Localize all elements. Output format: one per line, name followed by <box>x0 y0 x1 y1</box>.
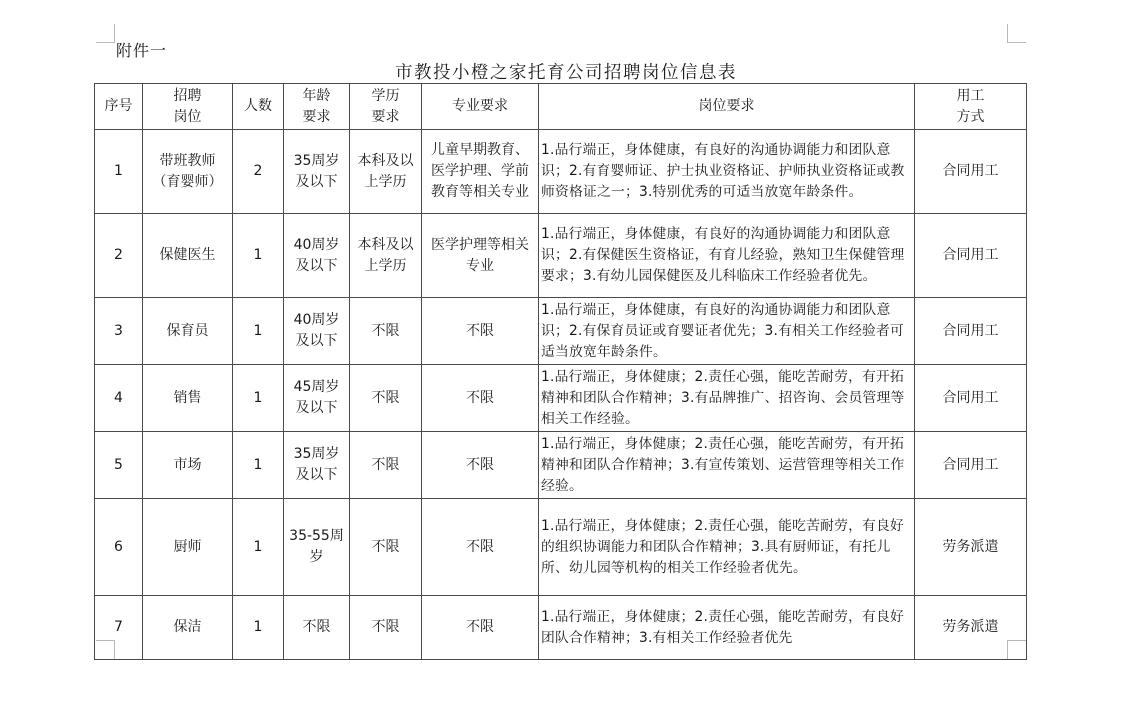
cell-position: 厨师 <box>143 499 233 596</box>
header-age: 年龄要求 <box>284 84 350 130</box>
cell-major: 不限 <box>422 365 539 432</box>
cell-position: 市场 <box>143 432 233 499</box>
cell-major: 不限 <box>422 596 539 660</box>
cell-position: 保健医生 <box>143 214 233 298</box>
margin-corner-top-right <box>1007 24 1026 43</box>
cell-age: 35周岁及以下 <box>284 130 350 214</box>
table-row: 2 保健医生 1 40周岁及以下 本科及以上学历 医学护理等相关专业 1.品行端… <box>95 214 1027 298</box>
cell-education: 不限 <box>350 432 422 499</box>
cell-employment: 合同用工 <box>915 432 1027 499</box>
header-education: 学历要求 <box>350 84 422 130</box>
cell-education: 本科及以上学历 <box>350 130 422 214</box>
cell-age: 40周岁及以下 <box>284 298 350 365</box>
cell-education: 不限 <box>350 365 422 432</box>
header-requirements: 岗位要求 <box>539 84 915 130</box>
cell-employment: 合同用工 <box>915 214 1027 298</box>
cell-requirements: 1.品行端正，身体健康；2.责任心强，能吃苦耐劳，有良好的组织协调能力和团队合作… <box>539 499 915 596</box>
cell-requirements: 1.品行端正，身体健康，有良好的沟通协调能力和团队意识；2.有育婴师证、护士执业… <box>539 130 915 214</box>
cell-employment: 合同用工 <box>915 365 1027 432</box>
cell-employment: 劳务派遣 <box>915 596 1027 660</box>
header-position: 招聘岗位 <box>143 84 233 130</box>
table-row: 1 带班教师（育婴师） 2 35周岁及以下 本科及以上学历 儿童早期教育、医学护… <box>95 130 1027 214</box>
cell-position: 销售 <box>143 365 233 432</box>
cell-no: 6 <box>95 499 143 596</box>
cell-count: 1 <box>233 365 284 432</box>
cell-major: 医学护理等相关专业 <box>422 214 539 298</box>
cell-age: 35周岁及以下 <box>284 432 350 499</box>
cell-requirements: 1.品行端正，身体健康；2.责任心强，能吃苦耐劳，有开拓精神和团队合作精神；3.… <box>539 365 915 432</box>
cell-major: 儿童早期教育、医学护理、学前教育等相关专业 <box>422 130 539 214</box>
cell-no: 5 <box>95 432 143 499</box>
cell-age: 40周岁及以下 <box>284 214 350 298</box>
cell-count: 2 <box>233 130 284 214</box>
recruitment-table: 序号 招聘岗位 人数 年龄要求 学历要求 专业要求 岗位要求 用工方式 1 带班… <box>94 83 1027 660</box>
cell-requirements: 1.品行端正，身体健康；2.责任心强，能吃苦耐劳，有开拓精神和团队合作精神；3.… <box>539 432 915 499</box>
cell-no: 1 <box>95 130 143 214</box>
table-row: 7 保洁 1 不限 不限 不限 1.品行端正，身体健康；2.责任心强，能吃苦耐劳… <box>95 596 1027 660</box>
cell-position: 保育员 <box>143 298 233 365</box>
margin-corner-top-left <box>96 24 115 43</box>
cell-position: 保洁 <box>143 596 233 660</box>
cell-age: 35-55周岁 <box>284 499 350 596</box>
cell-count: 1 <box>233 596 284 660</box>
cell-requirements: 1.品行端正，身体健康，有良好的沟通协调能力和团队意识；2.有保健医生资格证，有… <box>539 214 915 298</box>
table-row: 4 销售 1 45周岁及以下 不限 不限 1.品行端正，身体健康；2.责任心强，… <box>95 365 1027 432</box>
cell-count: 1 <box>233 432 284 499</box>
cell-employment: 合同用工 <box>915 298 1027 365</box>
cell-employment: 劳务派遣 <box>915 499 1027 596</box>
cell-no: 3 <box>95 298 143 365</box>
cell-age: 不限 <box>284 596 350 660</box>
cell-no: 4 <box>95 365 143 432</box>
header-employment: 用工方式 <box>915 84 1027 130</box>
table-row: 3 保育员 1 40周岁及以下 不限 不限 1.品行端正，身体健康，有良好的沟通… <box>95 298 1027 365</box>
cell-major: 不限 <box>422 499 539 596</box>
cell-education: 本科及以上学历 <box>350 214 422 298</box>
table-row: 6 厨师 1 35-55周岁 不限 不限 1.品行端正，身体健康；2.责任心强，… <box>95 499 1027 596</box>
cell-requirements: 1.品行端正，身体健康，有良好的沟通协调能力和团队意识；2.有保育员证或育婴证者… <box>539 298 915 365</box>
cell-major: 不限 <box>422 432 539 499</box>
cell-count: 1 <box>233 499 284 596</box>
table-row: 5 市场 1 35周岁及以下 不限 不限 1.品行端正，身体健康；2.责任心强，… <box>95 432 1027 499</box>
header-major: 专业要求 <box>422 84 539 130</box>
cell-position: 带班教师（育婴师） <box>143 130 233 214</box>
attachment-label: 附件一 <box>116 38 167 61</box>
cell-education: 不限 <box>350 499 422 596</box>
cell-count: 1 <box>233 214 284 298</box>
cell-education: 不限 <box>350 298 422 365</box>
document-title: 市教投小橙之家托育公司招聘岗位信息表 <box>0 59 1132 84</box>
cell-employment: 合同用工 <box>915 130 1027 214</box>
cell-major: 不限 <box>422 298 539 365</box>
cell-count: 1 <box>233 298 284 365</box>
cell-no: 2 <box>95 214 143 298</box>
cell-age: 45周岁及以下 <box>284 365 350 432</box>
header-count: 人数 <box>233 84 284 130</box>
cell-requirements: 1.品行端正，身体健康；2.责任心强，能吃苦耐劳，有良好团队合作精神；3.有相关… <box>539 596 915 660</box>
table-header-row: 序号 招聘岗位 人数 年龄要求 学历要求 专业要求 岗位要求 用工方式 <box>95 84 1027 130</box>
cell-no: 7 <box>95 596 143 660</box>
header-no: 序号 <box>95 84 143 130</box>
cell-education: 不限 <box>350 596 422 660</box>
